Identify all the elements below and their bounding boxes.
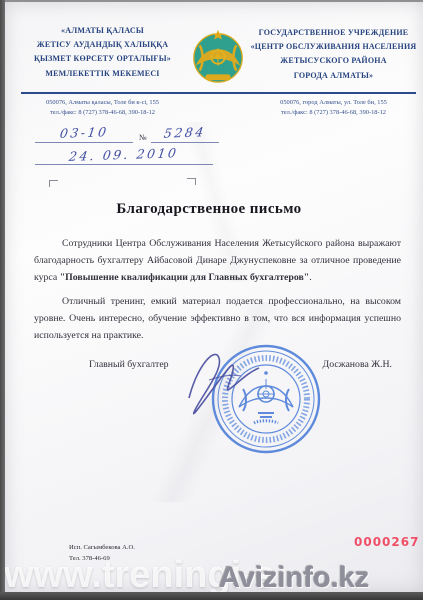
letter-body: Сотрудники Центра Обслуживания Населения… xyxy=(34,235,401,351)
org-line: «АЛМАТЫ ҚАЛАСЫ xyxy=(19,24,186,38)
address-line: 050076, Алматы қаласы, Толе би к-сі, 155 xyxy=(19,98,186,108)
address-spacer xyxy=(186,98,250,118)
header-divider xyxy=(21,92,416,94)
form-number: 0000267 xyxy=(354,535,419,549)
phone-line: тел./факс: 8 (727) 378-46-68, 390-18-12 xyxy=(250,108,417,118)
scanned-letter: «АЛМАТЫ ҚАЛАСЫ ЖЕТІСУ АУДАНДЫҚ ХАЛЫҚҚА Қ… xyxy=(0,0,423,600)
org-line: МЕМЛЕКЕТТІК МЕКЕМЕСІ xyxy=(19,67,186,81)
address-russian: 050076, город Алматы, ул. Толе би, 155 т… xyxy=(250,98,417,118)
registration-block: 03-10 № 5284 24. 09. 2010 xyxy=(35,124,235,165)
scanner-edge-bottom xyxy=(0,592,423,600)
ink-signature xyxy=(175,336,280,426)
scanner-edge-left xyxy=(0,0,5,600)
signature-title: Главный бухгалтер xyxy=(89,359,169,370)
org-line: ГОСУДАРСТВЕННОЕ УЧРЕЖДЕНИЕ xyxy=(250,26,417,40)
org-name-kazakh: «АЛМАТЫ ҚАЛАСЫ ЖЕТІСУ АУДАНДЫҚ ХАЛЫҚҚА Қ… xyxy=(19,24,186,81)
kazakhstan-emblem-icon xyxy=(186,24,250,86)
org-line: ҚЫЗМЕТ КӨРСЕТУ ОРТАЛЫҒЫ» xyxy=(19,52,186,66)
number-sign: № xyxy=(133,133,151,143)
letter-title: Благодарственное письмо xyxy=(5,201,413,218)
reg-date-underline: 24. 09. 2010 xyxy=(35,146,213,165)
corner-mark-right xyxy=(187,178,196,185)
address-kazakh: 050076, Алматы қаласы, Толе би к-сі, 155… xyxy=(19,98,186,118)
executor-name: Исп. Сагымбекова А.О. xyxy=(69,543,135,554)
org-line: ГОРОДА АЛМАТЫ» xyxy=(250,69,417,83)
p1-course-name: "Повышение квалификации для Главных бухг… xyxy=(60,272,310,283)
paper-sheet: «АЛМАТЫ ҚАЛАСЫ ЖЕТІСУ АУДАНДЫҚ ХАЛЫҚҚА Қ… xyxy=(5,2,423,592)
phone-line: тел./факс: 8 (727) 378-46-68, 390-18-12 xyxy=(19,108,186,118)
org-line: ЖЕТІСУ АУДАНДЫҚ ХАЛЫҚҚА xyxy=(19,38,186,52)
org-name-russian: ГОСУДАРСТВЕННОЕ УЧРЕЖДЕНИЕ «ЦЕНТР ОБСЛУЖ… xyxy=(250,24,417,83)
handwritten-index: 03-10 xyxy=(59,124,110,141)
p1-period: . xyxy=(309,272,311,283)
paragraph-1: Сотрудники Центра Обслуживания Населения… xyxy=(34,235,401,286)
address-line: 050076, город Алматы, ул. Толе би, 155 xyxy=(250,98,417,108)
handwritten-number: 5284 xyxy=(163,124,207,141)
watermark-avizinfo: Avizinfo.kz xyxy=(219,562,369,595)
corner-mark-left xyxy=(49,180,58,187)
org-line: «ЦЕНТР ОБСЛУЖИВАНИЯ НАСЕЛЕНИЯ xyxy=(250,40,417,54)
letterhead: «АЛМАТЫ ҚАЛАСЫ ЖЕТІСУ АУДАНДЫҚ ХАЛЫҚҚА Қ… xyxy=(19,24,417,86)
signature-name: Досжанова Ж.Н. xyxy=(323,359,392,370)
reg-number-line: 03-10 № 5284 xyxy=(35,124,235,143)
address-row: 050076, Алматы қаласы, Толе би к-сі, 155… xyxy=(19,98,417,118)
reg-date-line: 24. 09. 2010 xyxy=(35,146,235,165)
handwritten-date: 24. 09. 2010 xyxy=(68,145,180,164)
reg-number-underline: 5284 xyxy=(151,124,219,143)
org-line: ЖЕТЫСУСКОГО РАЙОНА xyxy=(250,54,417,68)
reg-index-underline: 03-10 xyxy=(35,124,133,143)
